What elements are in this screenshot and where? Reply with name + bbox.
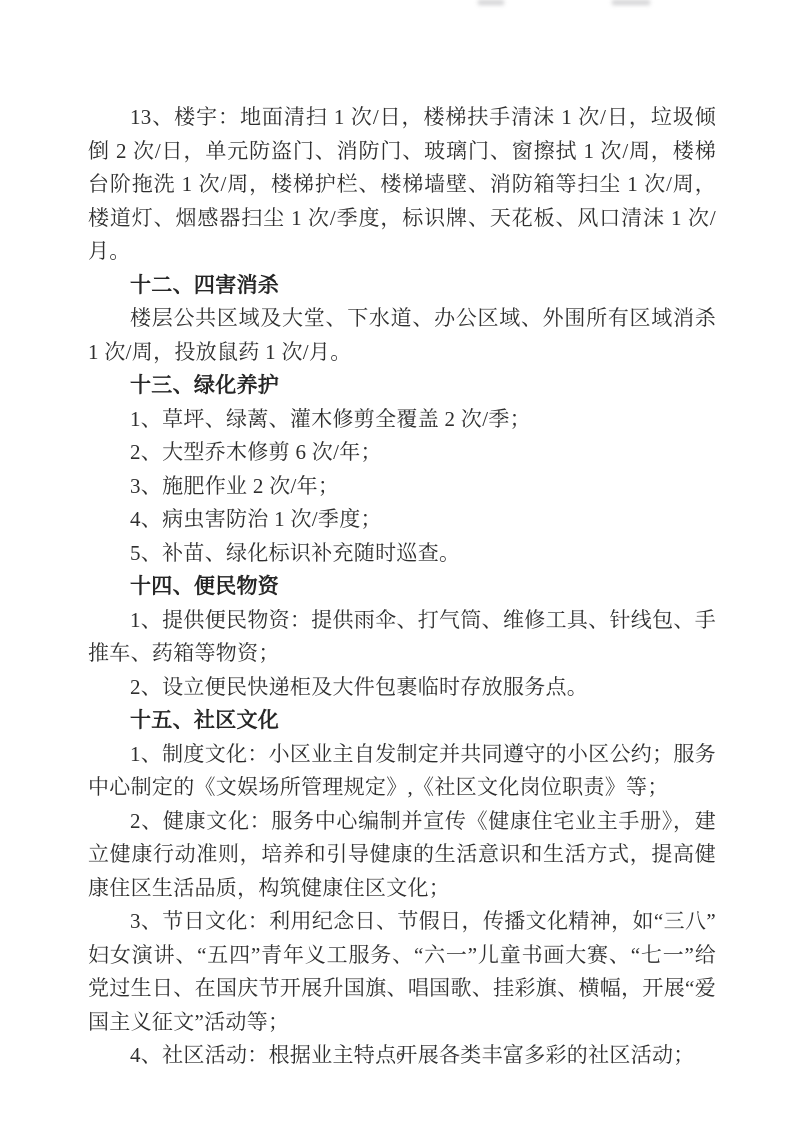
document-body: 13、楼宇：地面清扫 1 次/日，楼梯扶手清沫 1 次/日，垃圾倾倒 2 次/日…	[88, 101, 716, 1073]
section-heading-greening: 十三、绿化养护	[88, 369, 716, 403]
scan-artifact	[612, 0, 650, 5]
page-footer: 6	[0, 1048, 800, 1065]
list-item-supplies-2: 2、设立便民快递柜及大件包裹临时存放服务点。	[88, 671, 716, 705]
list-item-greening-2: 2、大型乔木修剪 6 次/年；	[88, 436, 716, 470]
page-number: 6	[396, 1048, 404, 1064]
list-item-culture-1: 1、制度文化：小区业主自发制定并共同遵守的小区公约；服务中心制定的《文娱场所管理…	[88, 738, 716, 805]
scan-artifact	[478, 0, 504, 5]
list-item-supplies-1: 1、提供便民物资：提供雨伞、打气筒、维修工具、针线包、手推车、药箱等物资；	[88, 604, 716, 671]
list-item-culture-2: 2、健康文化：服务中心编制并宣传《健康住宅业主手册》，建立健康行动准则，培养和引…	[88, 805, 716, 906]
list-item-greening-1: 1、草坪、绿蓠、灌木修剪全覆盖 2 次/季；	[88, 403, 716, 437]
section-heading-convenience-supplies: 十四、便民物资	[88, 570, 716, 604]
list-item-greening-4: 4、病虫害防治 1 次/季度；	[88, 503, 716, 537]
section-heading-pest-control: 十二、四害消杀	[88, 269, 716, 303]
list-item-greening-3: 3、施肥作业 2 次/年；	[88, 470, 716, 504]
document-page: 13、楼宇：地面清扫 1 次/日，楼梯扶手清沫 1 次/日，垃圾倾倒 2 次/日…	[0, 0, 800, 1132]
list-item-culture-3: 3、节日文化：利用纪念日、节假日，传播文化精神，如“三八”妇女演讲、“五四”青年…	[88, 905, 716, 1039]
list-item-greening-5: 5、补苗、绿化标识补充随时巡查。	[88, 537, 716, 571]
paragraph-pest-control: 楼层公共区域及大堂、下水道、办公区域、外围所有区域消杀 1 次/周，投放鼠药 1…	[88, 302, 716, 369]
paragraph-building-cleaning: 13、楼宇：地面清扫 1 次/日，楼梯扶手清沫 1 次/日，垃圾倾倒 2 次/日…	[88, 101, 716, 269]
section-heading-community-culture: 十五、社区文化	[88, 704, 716, 738]
